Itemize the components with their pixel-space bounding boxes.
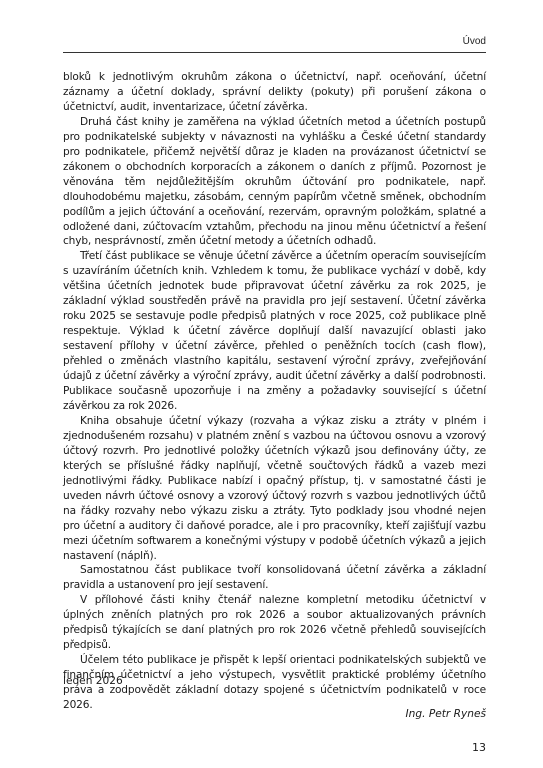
paragraph: Třetí část publikace se věnuje účetní zá… <box>63 249 486 413</box>
paragraph: Samostatnou část publikace tvoří konsoli… <box>63 563 486 593</box>
paragraph: Účelem této publikace je přispět k lepší… <box>63 653 486 713</box>
paragraph-continuation: bloků k jednotlivým okruhům zákona o úče… <box>63 70 486 115</box>
dateline: leden 2026 <box>63 674 123 689</box>
body-text: bloků k jednotlivým okruhům zákona o úče… <box>63 70 486 713</box>
header-rule <box>63 52 486 53</box>
running-head-title: Úvod <box>63 36 486 47</box>
page-number: 13 <box>472 740 486 755</box>
paragraph: Kniha obsahuje účetní výkazy (rozvaha a … <box>63 414 486 564</box>
paragraph: Druhá část knihy je zaměřena na výklad ú… <box>63 115 486 250</box>
author-signature: Ing. Petr Ryneš <box>406 707 486 722</box>
paragraph: V přílohové části knihy čtenář nalezne k… <box>63 593 486 653</box>
